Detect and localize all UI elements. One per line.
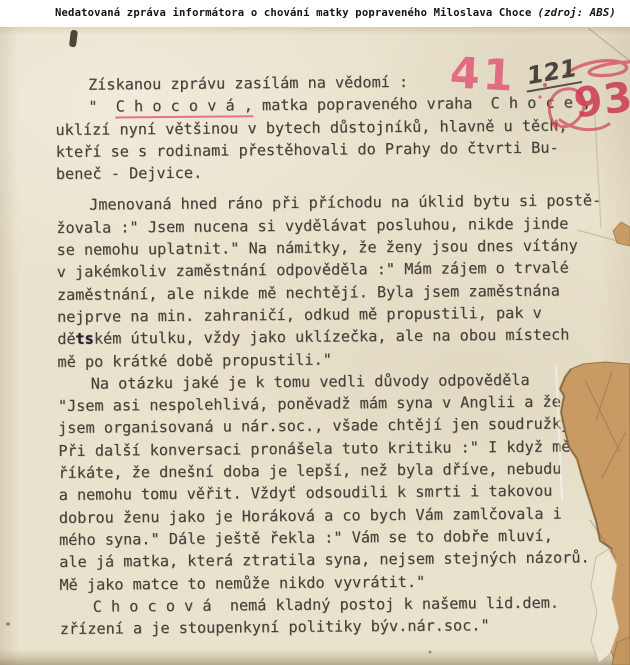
handwritten-number-41: 41 xyxy=(449,48,517,101)
typed-line: beneč - Dejvice. xyxy=(56,158,616,185)
scanned-document-page: Získanou zprávu zasílám na vědomí :" C h… xyxy=(0,0,630,665)
scan-bottom-edge xyxy=(0,649,630,665)
caption-bar: Nedatovaná zpráva informátora o chování … xyxy=(0,0,630,27)
caption: Nedatovaná zpráva informátora o chování … xyxy=(55,7,616,19)
handwritten-number-93: 93 xyxy=(571,73,630,128)
caption-source: (zdroj: ABS) xyxy=(538,7,616,19)
typed-text: Získanou zprávu zasílám na vědomí :" C h… xyxy=(55,69,620,640)
caption-main: Nedatovaná zpráva informátora o chování … xyxy=(55,7,532,19)
